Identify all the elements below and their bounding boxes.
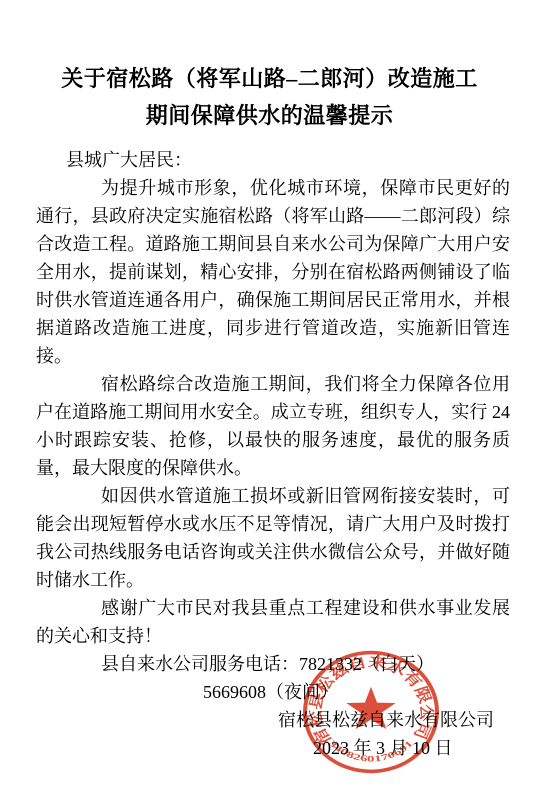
paragraph-4: 感谢广大市民对我县重点工程建设和供水事业发展的关心和支持！ (36, 594, 510, 650)
signature-date: 2023 年 3 月 10 日 (313, 734, 510, 762)
document-page: 关于宿松路（将军山路–二郎河）改造施工 期间保障供水的温馨提示 县城广大居民： … (0, 0, 539, 804)
title-line-2: 期间保障供水的温馨提示 (0, 97, 539, 134)
title-line-1: 关于宿松路（将军山路–二郎河）改造施工 (0, 60, 539, 97)
document-body: 县城广大居民： 为提升城市形象，优化城市环境，保障市民更好的通行，县政府决定实施… (36, 146, 510, 762)
salutation: 县城广大居民： (36, 146, 510, 174)
signature-company: 宿松县松兹自来水有限公司 (278, 706, 510, 734)
paragraph-2: 宿松路综合改造施工期间，我们将全力保障各位用户在道路施工期间用水安全。成立专班，… (36, 370, 510, 482)
paragraph-3: 如因供水管道施工损坏或新旧管网衔接安装时，可能会出现短暂停水或水压不足等情况，请… (36, 482, 510, 594)
document-title: 关于宿松路（将军山路–二郎河）改造施工 期间保障供水的温馨提示 (0, 60, 539, 134)
service-phone-day: 县自来水公司服务电话：7821332（白天） (36, 650, 510, 678)
service-phone-night: 5669608（夜间） (203, 678, 510, 706)
paragraph-1: 为提升城市形象，优化城市环境，保障市民更好的通行，县政府决定实施宿松路（将军山路… (36, 174, 510, 370)
